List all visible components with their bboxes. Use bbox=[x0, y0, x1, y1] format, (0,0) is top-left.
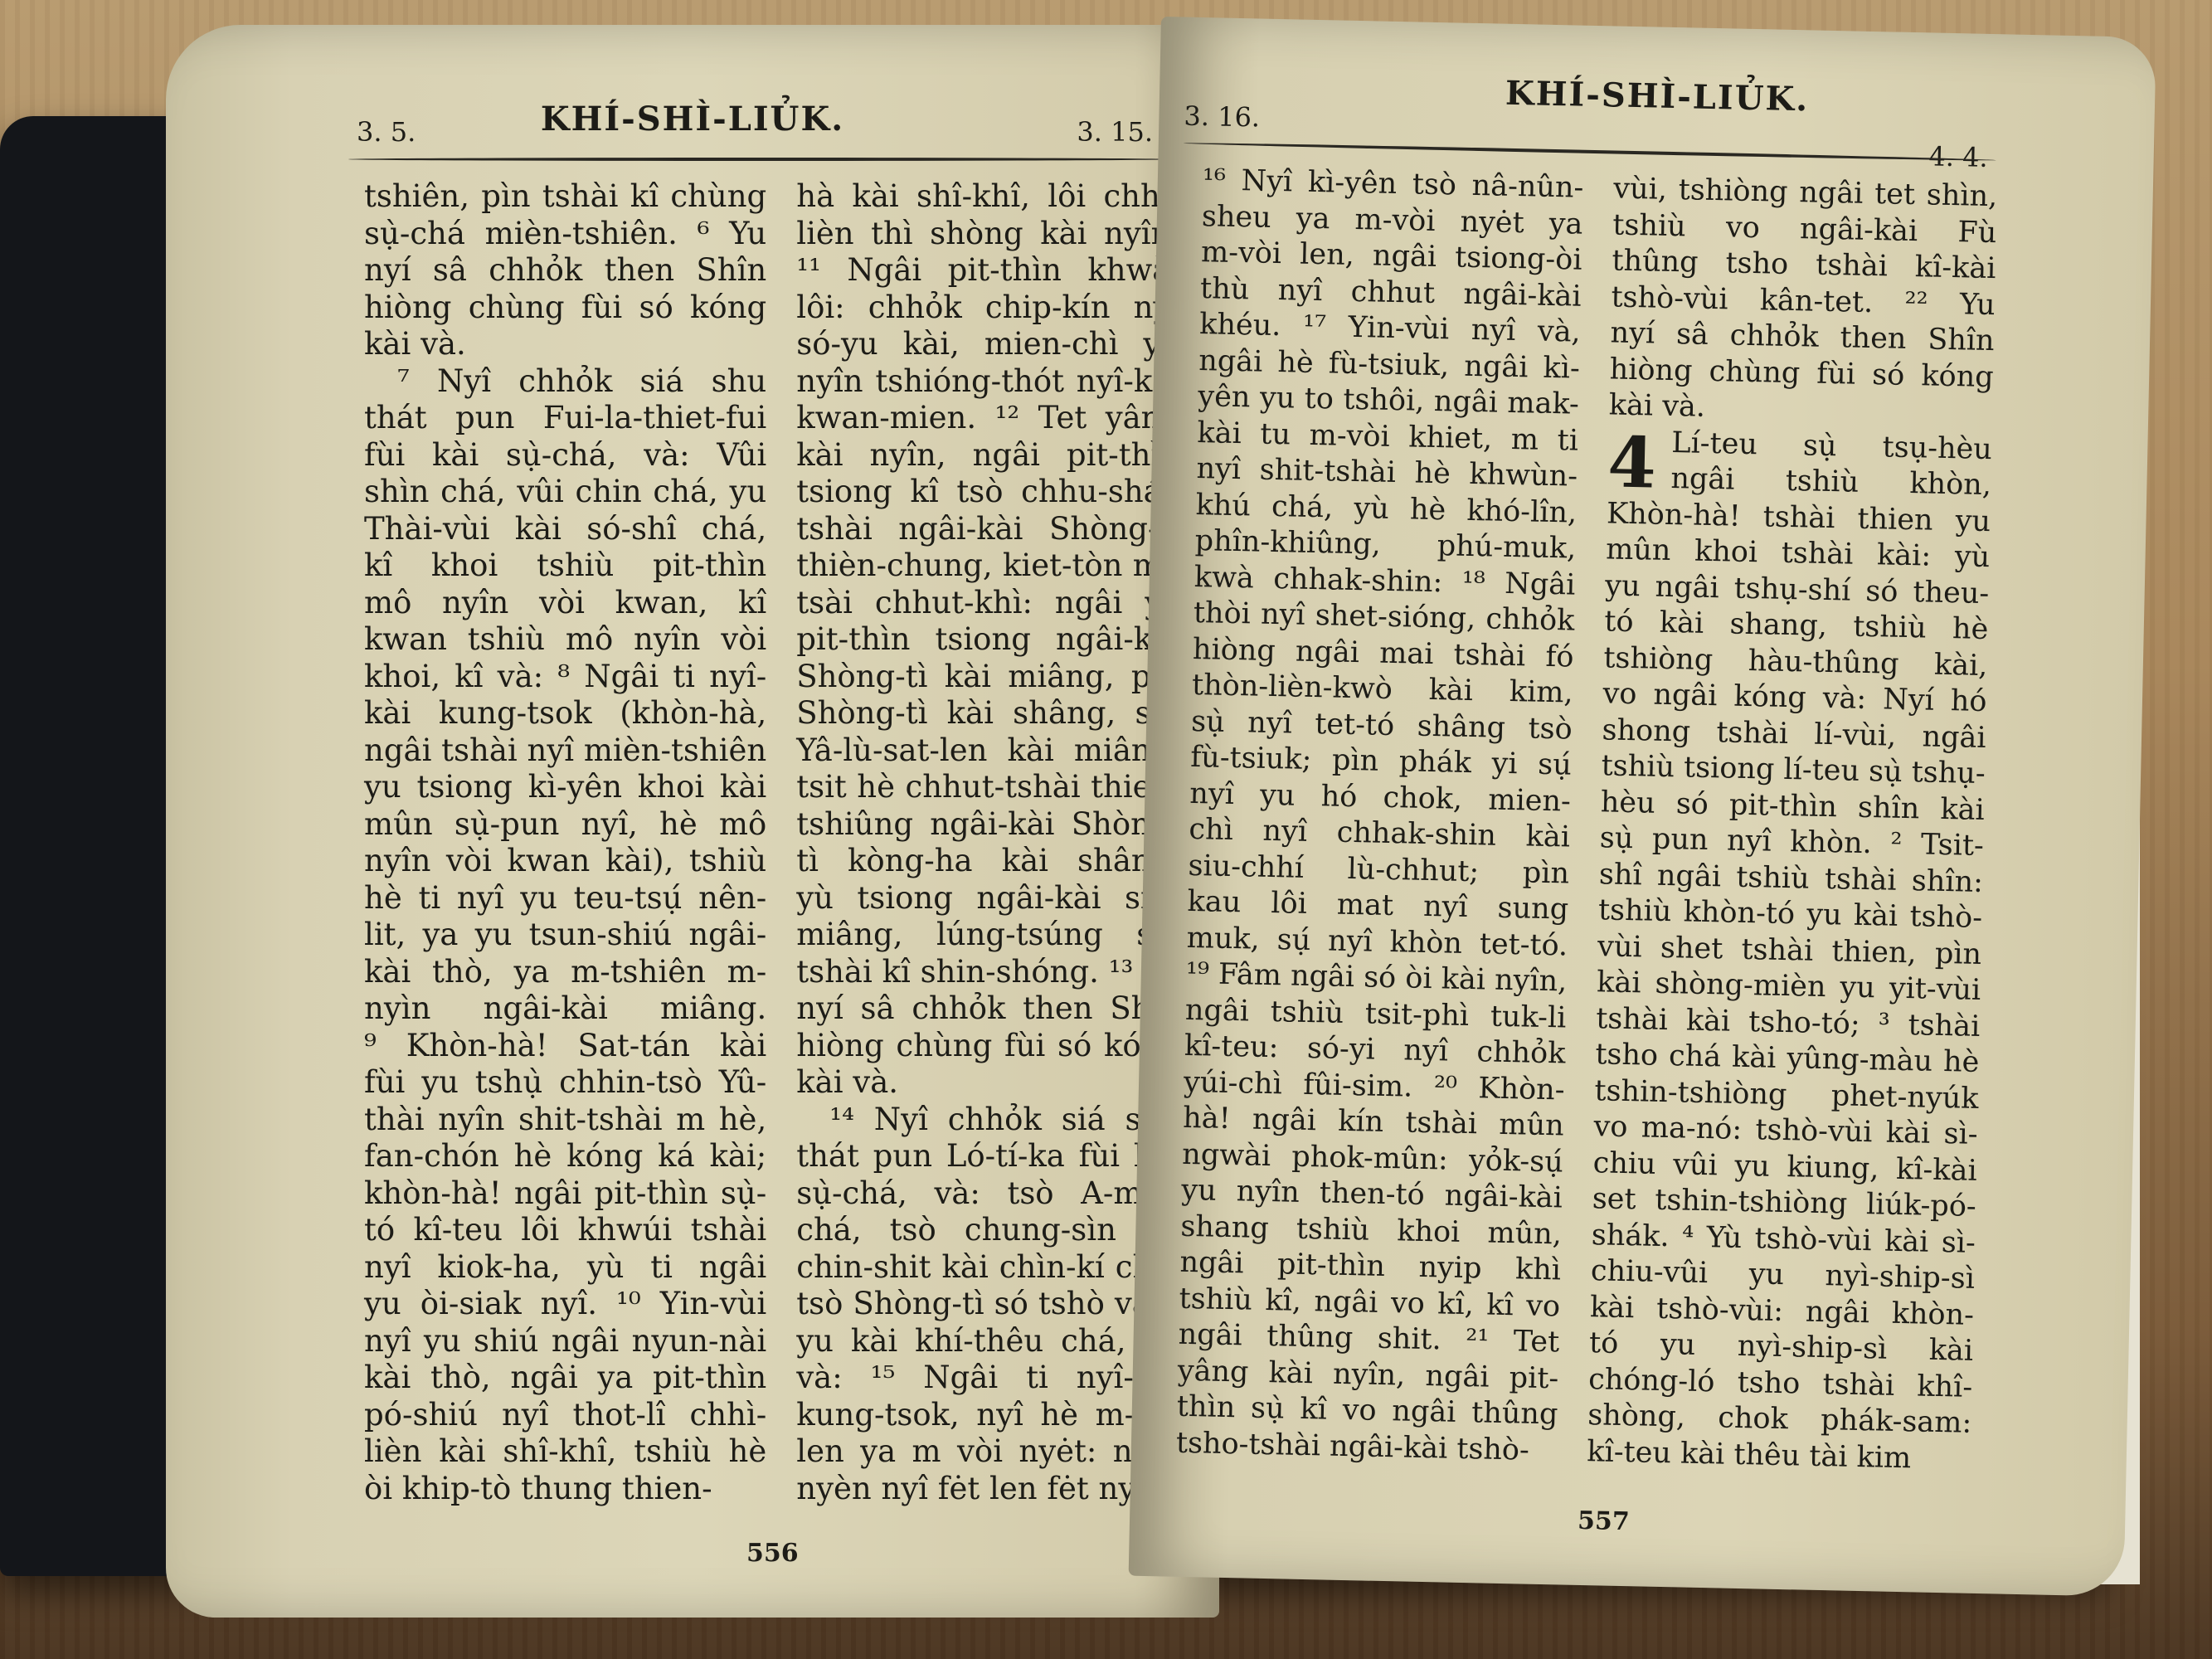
text-line: nyèn nyî fėt len fėt nyėt. bbox=[796, 1471, 1180, 1508]
text-line: Thài-vùi kài só-shî chá, bbox=[364, 511, 766, 548]
left-page: 3. 5. KHÍ-SHÌ-LIỦK. 3. 15. tshiên, pìn t… bbox=[166, 25, 1219, 1618]
text-column-2: vùi, tshiòng ngâi tet shìn,tshiù vo ngâi… bbox=[1575, 171, 2010, 1477]
text-line: nyî yu shiú ngâi nyun-nài bbox=[364, 1323, 766, 1360]
text-line: tsit hè chhut-tshài thien, bbox=[796, 769, 1180, 806]
text-line: chin-shit kài chìn-kí chá, bbox=[796, 1249, 1180, 1287]
header-verse-end: 3. 15. bbox=[1077, 116, 1153, 148]
text-line: Yâ-lù-sat-len kài miâng, bbox=[796, 732, 1180, 770]
running-title: KHÍ-SHÌ-LIỦK. bbox=[1159, 66, 2156, 126]
text-line: sụ̀-chá, và: tsò A-mén bbox=[796, 1175, 1180, 1213]
text-line: hè ti nyî yu teu-tsụ́ nên- bbox=[364, 880, 766, 917]
text-line: yu kài khí-thêu chá, yu bbox=[796, 1323, 1180, 1360]
text-line: shìn chá, vûi chin chá, yu bbox=[364, 474, 766, 511]
text-line: mûn sụ̀-pun nyî, hè mô bbox=[364, 806, 766, 844]
text-line: nyîn tshióng-thót nyî-kài bbox=[796, 363, 1180, 401]
text-line: pó-shiú nyî thot-lî chhì- bbox=[364, 1397, 766, 1434]
text-line: kî khoi tshiù pit-thìn bbox=[364, 547, 766, 585]
text-line: tsài chhut-khì: ngâi ya bbox=[796, 585, 1180, 622]
text-line: tshài ngâi-kài Shòng-tì bbox=[796, 511, 1180, 548]
running-head: 3. 5. KHÍ-SHÌ-LIỦK. 3. 15. bbox=[166, 83, 1219, 158]
text-column-2: hà kài shî-khî, lôi chhì-lièn thì shòng … bbox=[785, 178, 1192, 1501]
text-line: fan-chón hè kóng ká kài; bbox=[364, 1138, 766, 1175]
text-line: kung-tsok, nyî hè m-vòi bbox=[796, 1397, 1180, 1434]
text-line: fùi yu tshụ̀ chhin-tsò Yû- bbox=[364, 1064, 766, 1102]
text-line: tsò Shòng-tì só tshò vàn- bbox=[796, 1286, 1180, 1323]
text-line: kài và. bbox=[796, 1064, 1180, 1102]
header-rule bbox=[348, 158, 1169, 161]
text-line: tshiûng ngâi-kài Shòng- bbox=[796, 806, 1180, 844]
text-line: Shòng-tì kài miâng, pìn bbox=[796, 659, 1180, 696]
text-line: kài kung-tsok (khòn-hà, bbox=[364, 695, 766, 732]
text-line: yù tsiong ngâi-kài sin- bbox=[796, 880, 1180, 917]
text-line: kwan tshiù mô nyîn vòi bbox=[364, 621, 766, 659]
right-page: 3. 16. KHÍ-SHÌ-LIỦK. 4. 4. ¹⁶ Nyî kì-yên… bbox=[1129, 17, 2156, 1597]
page-number: 557 bbox=[1578, 1506, 1630, 1536]
header-rule bbox=[1184, 142, 1996, 163]
text-line: ¹¹ Ngâi pit-thìn khwài bbox=[796, 252, 1180, 289]
text-line: nyîn vòi kwan kài), tshiù bbox=[364, 843, 766, 880]
text-line: lit, ya yu tsun-shiú ngâi- bbox=[364, 917, 766, 954]
text-line: hiòng chùng fùi só kóng bbox=[796, 1028, 1180, 1065]
text-column-1: tshiên, pìn tshài kî chùngsụ̀-chá mièn-t… bbox=[352, 178, 778, 1501]
text-line: pit-thìn tsiong ngâi-kài bbox=[796, 621, 1180, 659]
text-column-1: ¹⁶ Nyî kì-yên tsò nâ-nûn-sheu ya m-vòi n… bbox=[1164, 163, 1596, 1469]
chapter-number: 4 bbox=[1607, 429, 1657, 496]
chapter-3-ending: vùi, tshiòng ngâi tet shìn,tshiù vo ngâi… bbox=[1608, 171, 1997, 431]
text-line: nyí sâ chhỏk then Shîn bbox=[364, 252, 766, 289]
text-line: yu òi-siak nyî. ¹⁰ Yin-vùi bbox=[364, 1286, 766, 1323]
text-line: thát pun Ló-tí-ka fùi kài bbox=[796, 1138, 1180, 1175]
text-line: tsiong kî tsò chhu-shák bbox=[796, 474, 1180, 511]
text-line: nyìn ngâi-kài miâng. bbox=[364, 990, 766, 1028]
text-line: mô nyîn vòi kwan, kî bbox=[364, 585, 766, 622]
page-number: 556 bbox=[746, 1539, 799, 1568]
text-line: kài nyîn, ngâi pit-thìn bbox=[796, 437, 1180, 474]
text-line: tó kî-teu lôi khwúi tshài bbox=[364, 1212, 766, 1249]
text-line: sụ̀-chá mièn-tshiên. ⁶ Yu bbox=[364, 216, 766, 253]
text-line: khòn-hà! ngâi pit-thìn sụ̀- bbox=[364, 1175, 766, 1213]
text-line: yu tsiong kì-yên khoi kài bbox=[364, 769, 766, 806]
text-line: thài nyîn shit-tshài m hè, bbox=[364, 1102, 766, 1139]
text-line: ngâi tshài nyî mièn-tshiên bbox=[364, 732, 766, 770]
running-title: KHÍ-SHÌ-LIỦK. bbox=[166, 100, 1219, 139]
text-line: thièn-chung, kiet-tòn mô bbox=[796, 547, 1180, 585]
text-line: òi khip-tò thung thien- bbox=[364, 1471, 766, 1508]
text-line: miâng, lúng-tsúng siá bbox=[796, 917, 1180, 954]
text-line: hiòng chùng fùi só kóng bbox=[364, 289, 766, 327]
text-line: khoi, kî và: ⁸ Ngâi ti nyî- bbox=[364, 659, 766, 696]
text-line: tsho-tshài ngâi-kài tshò- bbox=[1176, 1425, 1558, 1469]
text-line: nyí sâ chhỏk then Shîn bbox=[796, 990, 1180, 1028]
text-columns: ¹⁶ Nyî kì-yên tsò nâ-nûn-sheu ya m-vòi n… bbox=[1164, 163, 1996, 1477]
text-line: hà kài shî-khî, lôi chhì- bbox=[796, 178, 1180, 216]
text-line: kài thò, ya m-tshiên m- bbox=[364, 954, 766, 991]
text-line: ⁷ Nyî chhỏk siá shu bbox=[364, 363, 766, 401]
text-line: kài và. bbox=[364, 326, 766, 363]
header-verse-end: 4. 4. bbox=[1928, 140, 1988, 173]
text-line: lièn kài shî-khî, tshiù hè bbox=[364, 1433, 766, 1471]
text-line: nyî kiok-ha, yù ti ngâi bbox=[364, 1249, 766, 1287]
chapter-4-start: 4 Lí-teu sụ̀ tsụ-hèungâi tshiù khòn,Khòn… bbox=[1587, 424, 1992, 1478]
text-line: thát pun Fui-la-thiet-fui bbox=[364, 400, 766, 437]
text-line: Shòng-tì kài shâng, sin bbox=[796, 695, 1180, 732]
text-columns: tshiên, pìn tshài kî chùngsụ̀-chá mièn-t… bbox=[352, 178, 1178, 1501]
text-line: chá, tsò chung-sìn vo bbox=[796, 1212, 1180, 1249]
text-line: tì kòng-ha kài shâng, bbox=[796, 843, 1180, 880]
text-line: lôi: chhỏk chip-kín nyî bbox=[796, 289, 1180, 327]
text-line: và: ¹⁵ Ngâi ti nyî-kài bbox=[796, 1360, 1180, 1397]
text-line: tshài kî shin-shóng. ¹³ Yu bbox=[796, 954, 1180, 991]
text-line: lièn thì shòng kài nyîn. bbox=[796, 216, 1180, 253]
text-line: kwan-mien. ¹² Tet yâng bbox=[796, 400, 1180, 437]
text-line: só-yu kài, mien-chì yu bbox=[796, 326, 1180, 363]
text-line: kài thò, ngâi ya pit-thìn bbox=[364, 1360, 766, 1397]
text-line: ¹⁴ Nyî chhỏk siá shu bbox=[796, 1102, 1180, 1139]
running-head: 3. 16. KHÍ-SHÌ-LIỦK. 4. 4. bbox=[1159, 50, 2156, 145]
text-line: tshiên, pìn tshài kî chùng bbox=[364, 178, 766, 216]
text-line: ⁹ Khòn-hà! Sat-tán kài bbox=[364, 1028, 766, 1065]
text-line: fùi kài sụ̀-chá, và: Vûi bbox=[364, 437, 766, 474]
text-line: len ya m vòi nyėt: ngâi bbox=[796, 1433, 1180, 1471]
